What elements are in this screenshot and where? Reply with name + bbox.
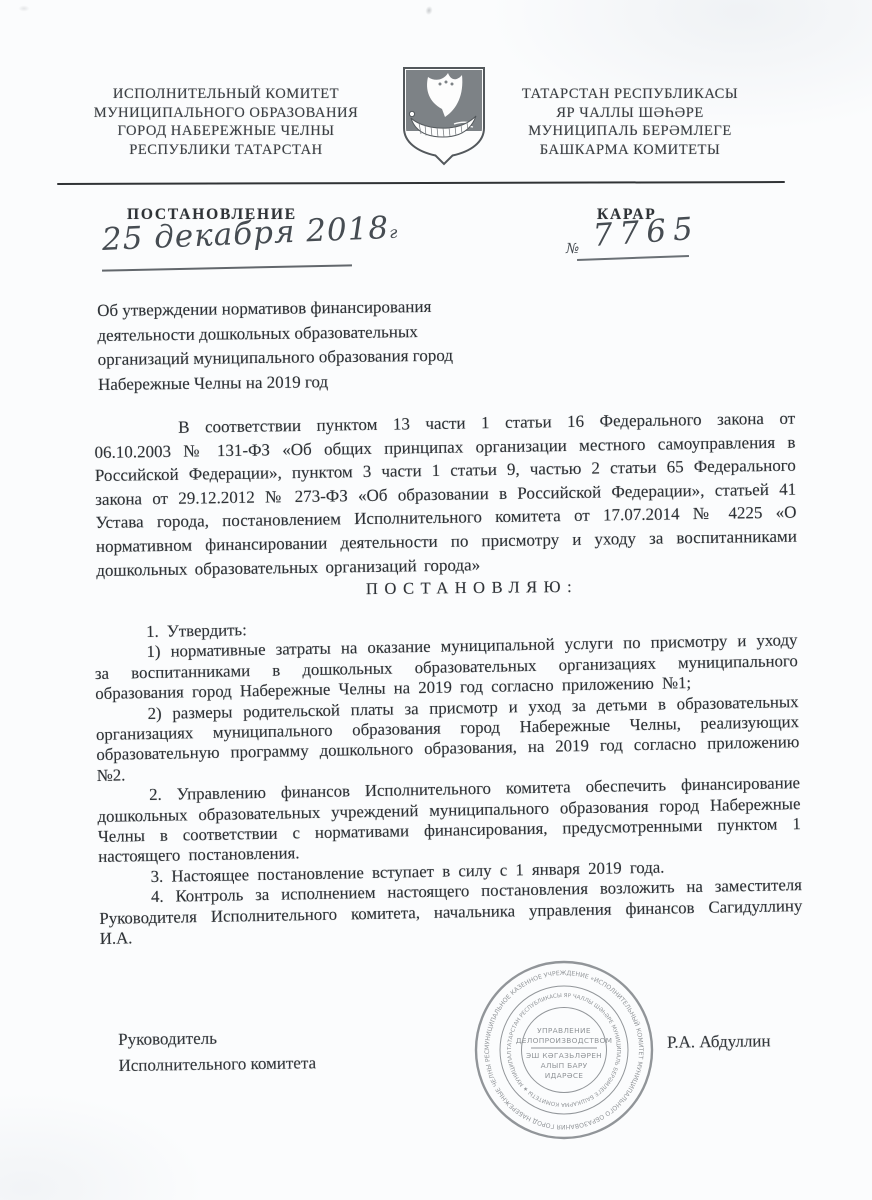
title-line: Набережные Челны на 2019 год [98, 367, 598, 398]
handwritten-number: 7765 [592, 211, 701, 254]
stamp-center-text: ДЕЛОПРОИЗВОДСТВОМ [516, 1036, 613, 1045]
stamp-center-text: ИДАРӘСЕ [545, 1071, 584, 1080]
number-sign: № [566, 241, 579, 257]
document-title: Об утверждении нормативов финансирования… [97, 293, 598, 397]
header-divider [57, 181, 785, 185]
org-name-russian: ИСПОЛНИТЕЛЬНЫЙ КОМИТЕТ МУНИЦИПАЛЬНОГО ОБ… [68, 85, 384, 159]
round-seal-icon: МУНИЦИПАЛЬНОЕ КАЗЕННОЕ УЧРЕЖДЕНИЕ «ИСПОЛ… [469, 955, 659, 1145]
resolve-heading: ПОСТАНОВЛЯЮ: [366, 577, 578, 599]
number-underline [577, 255, 689, 261]
date-suffix: г [389, 223, 398, 242]
org-line: РЕСПУБЛИКИ ТАТАРСТАН [68, 141, 384, 160]
resolution-item: 4. Контроль за исполнением настоящего по… [99, 875, 803, 949]
org-line: ТАТАРСТАН РЕСПУБЛИКАСЫ [488, 85, 772, 104]
org-line: ГОРОД НАБЕРЕЖНЫЕ ЧЕЛНЫ [68, 122, 384, 141]
signature-title: Руководитель Исполнительного комитета [118, 1024, 316, 1078]
resolution-item: 2. Управлению финансов Исполнительного к… [97, 773, 801, 867]
org-name-tatar: ТАТАРСТАН РЕСПУБЛИКАСЫ ЯР ЧАЛЛЫ ШӘҺӘРЕ М… [488, 85, 772, 159]
scanned-document-page: ИСПОЛНИТЕЛЬНЫЙ КОМИТЕТ МУНИЦИПАЛЬНОГО ОБ… [0, 0, 872, 1200]
org-line: МУНИЦИПАЛЬНОГО ОБРАЗОВАНИЯ [68, 104, 384, 123]
scan-artifact [422, 3, 435, 18]
stamp-center-text: АЛЫП БАРУ [541, 1061, 588, 1070]
date-underline [102, 264, 352, 271]
org-line: ЯР ЧАЛЛЫ ШӘҺӘРЕ [488, 104, 772, 123]
resolution-item: 2) размеры родительской платы за присмот… [95, 692, 799, 786]
preamble-paragraph: В соответствии пунктом 13 части 1 статьи… [94, 407, 797, 583]
org-line: МУНИЦИПАЛЬ БЕРӘМЛЕГЕ [488, 122, 772, 141]
stamp-center-text: ЭШ КӘГАЗЬЛӘРЕН [526, 1051, 602, 1060]
scan-artifact [16, 4, 32, 13]
resolution-items: 1. Утвердить: 1) нормативные затраты на … [94, 610, 803, 949]
signature-title-line: Руководитель [118, 1024, 316, 1052]
stamp-center-text: УПРАВЛЕНИЕ [537, 1026, 591, 1035]
signature-title-line: Исполнительного комитета [118, 1050, 316, 1078]
coat-of-arms-sailboat-icon [398, 64, 490, 168]
org-line: БАШКАРМА КОМИТЕТЫ [488, 141, 772, 160]
signature-name: Р.А. Абдуллин [667, 1031, 771, 1052]
org-line: ИСПОЛНИТЕЛЬНЫЙ КОМИТЕТ [68, 85, 384, 104]
